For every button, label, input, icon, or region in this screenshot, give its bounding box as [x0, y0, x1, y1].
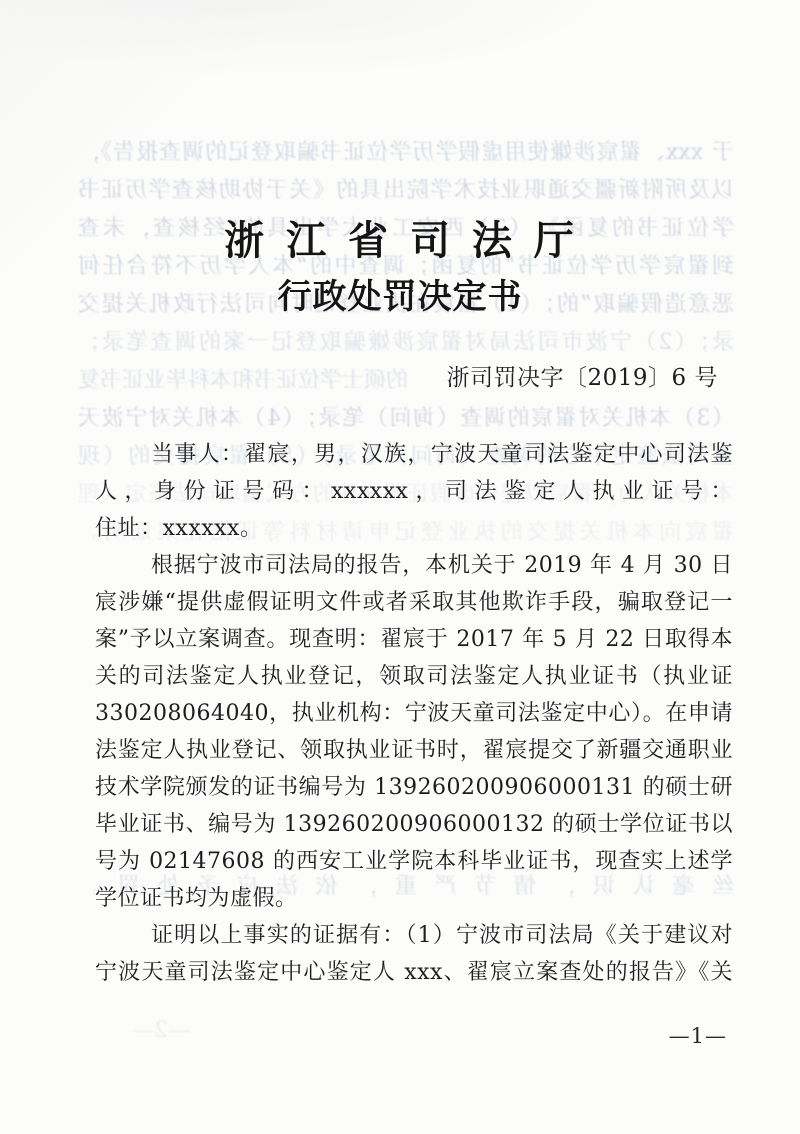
body-line: 住址：xxxxxx。: [95, 510, 733, 547]
page-number: —1—: [669, 1024, 727, 1048]
body-line: 330208064040，执业机构：宁波天童司法鉴定中心）。在申请司: [95, 695, 733, 732]
body-line: 证明以上事实的证据有：（1）宁波市司法局《关于建议对: [95, 917, 733, 954]
agency-title: 浙 江 省 司 法 厅: [0, 219, 800, 263]
body-line: 法鉴定人执业登记、领取执业证书时，翟宸提交了新疆交通职业: [95, 732, 733, 769]
document-body: 当事人：翟宸，男，汉族，宁波天童司法鉴定中心司法鉴定 人，身份证号码：xxxxx…: [95, 436, 733, 991]
body-line: 宸涉嫌“提供虚假证明文件或者采取其他欺诈手段，骗取登记一: [95, 584, 733, 621]
body-line: 毕业证书、编号为 139260200906000132 的硕士学位证书以及编: [95, 806, 733, 843]
scanned-document-page: 于 xxx、翟宸涉嫌使用虚假学历学位证书骗取登记的调查报告》， 以及所附新疆交通…: [0, 0, 800, 1134]
body-line: 人，身份证号码：xxxxxx，司法鉴定人执业证号：330208064040，: [95, 473, 733, 510]
body-line: 技术学院颁发的证书编号为 139260200906000131 的硕士研究生: [95, 769, 733, 806]
body-line: 学位证书均为虚假。: [95, 880, 733, 917]
body-line: 当事人：翟宸，男，汉族，宁波天童司法鉴定中心司法鉴定: [95, 436, 733, 473]
document-number: 浙司罚决字〔2019〕6 号: [447, 364, 718, 392]
body-line: 根据宁波市司法局的报告，本机关于 2019 年 4 月 30 日对翟: [95, 547, 733, 584]
body-line: 案”予以立案调查。现查明：翟宸于 2017 年 5 月 22 日取得本机: [95, 621, 733, 658]
body-line: 号为 02147608 的西安工业学院本科毕业证书，现查实上述学历、: [95, 843, 733, 880]
body-line: 宁波天童司法鉴定中心鉴定人 xxx、翟宸立案查处的报告》《关: [95, 954, 733, 991]
document-content: 浙 江 省 司 法 厅 行政处罚决定书 浙司罚决字〔2019〕6 号 当事人：翟…: [0, 0, 800, 1134]
body-line: 关的司法鉴定人执业登记，领取司法鉴定人执业证书（执业证号：: [95, 658, 733, 695]
document-type-title: 行政处罚决定书: [0, 278, 800, 316]
